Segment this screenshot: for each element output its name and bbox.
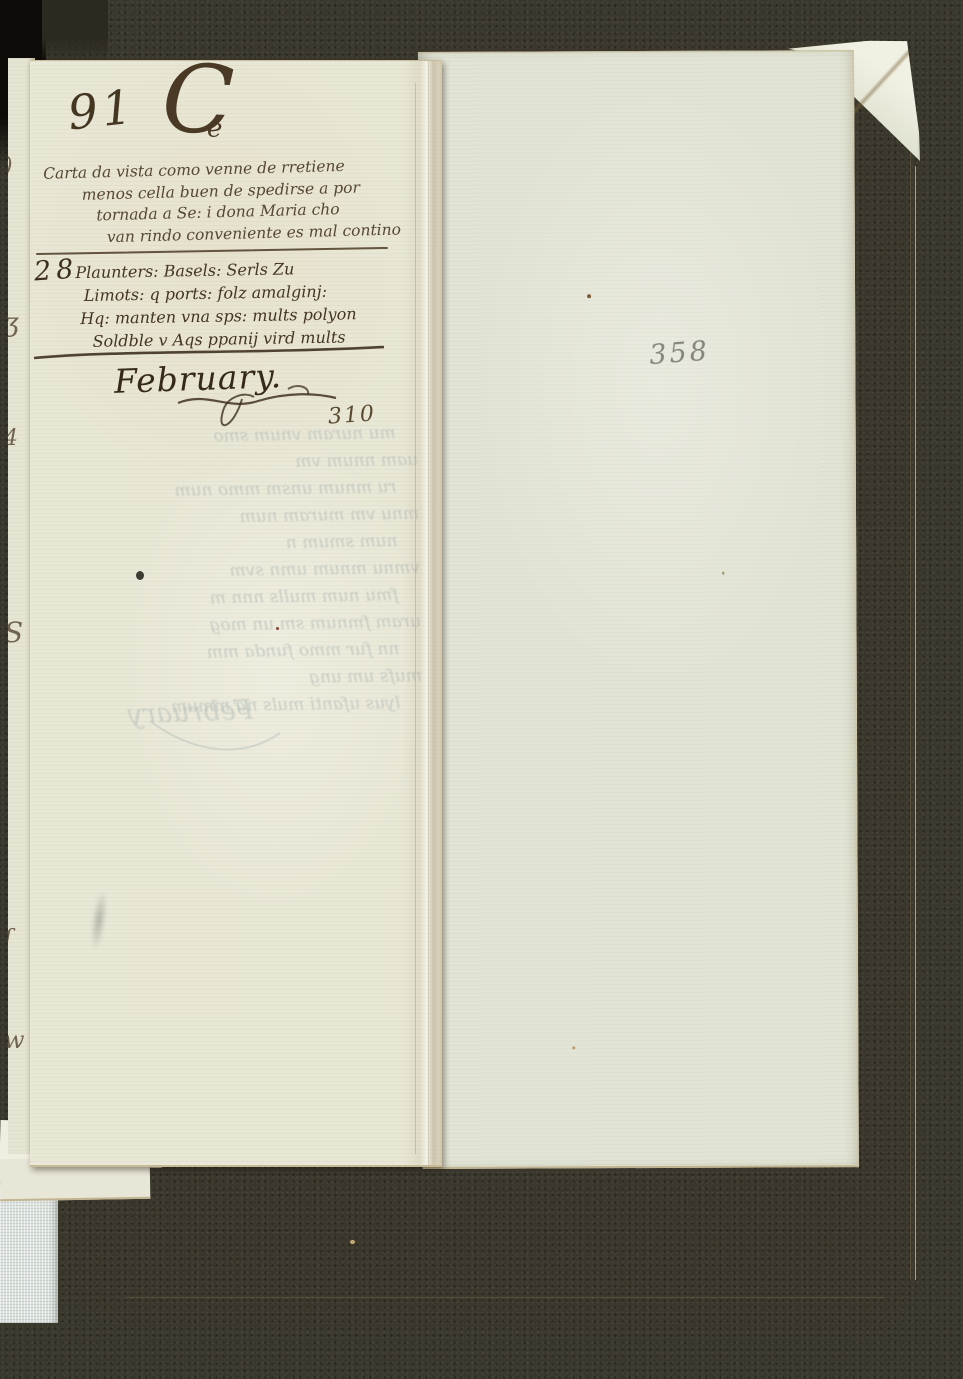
blank-facing-page: 358 xyxy=(418,50,859,1169)
leaf-edge-crease xyxy=(428,61,429,1165)
under-sheet-crease xyxy=(910,140,911,1280)
cut-off-pen-stroke: ʒ xyxy=(8,308,19,338)
cut-off-pen-stroke: w xyxy=(8,1026,25,1054)
bleedthrough-month-caption: February xyxy=(127,695,253,730)
cut-off-pen-stroke: ſ xyxy=(8,926,12,951)
leaf-edge-crease xyxy=(415,83,416,1154)
paper-fleck xyxy=(572,1046,575,1049)
under-sheet-crease-highlight xyxy=(915,166,916,1281)
cut-off-pen-stroke: S xyxy=(8,616,23,649)
month-caption: February. xyxy=(113,356,282,401)
book-spine-shadow xyxy=(42,0,108,64)
paper-fleck xyxy=(276,627,279,630)
cut-off-pen-stroke: ) xyxy=(8,154,13,179)
cut-off-pen-stroke: 4 xyxy=(8,426,18,451)
under-sheet-bottom-crease xyxy=(125,1297,885,1298)
manuscript-scan: 358 ) ʒ 4 S ſ w 91 C e Carta da vista co… xyxy=(0,0,963,1379)
bleedthrough-text: mu nuram vnum smo uam nnum vm ru mnum un… xyxy=(45,420,422,723)
pencil-folio-number: 358 xyxy=(648,336,711,371)
written-leaf: 91 C e Carta da vista como venne de rret… xyxy=(30,60,442,1167)
ink-blot xyxy=(136,571,144,580)
binding-cloth xyxy=(0,1185,58,1323)
paper-fleck xyxy=(722,572,724,575)
paper-stain xyxy=(350,1240,355,1244)
paper-fleck xyxy=(587,294,591,298)
